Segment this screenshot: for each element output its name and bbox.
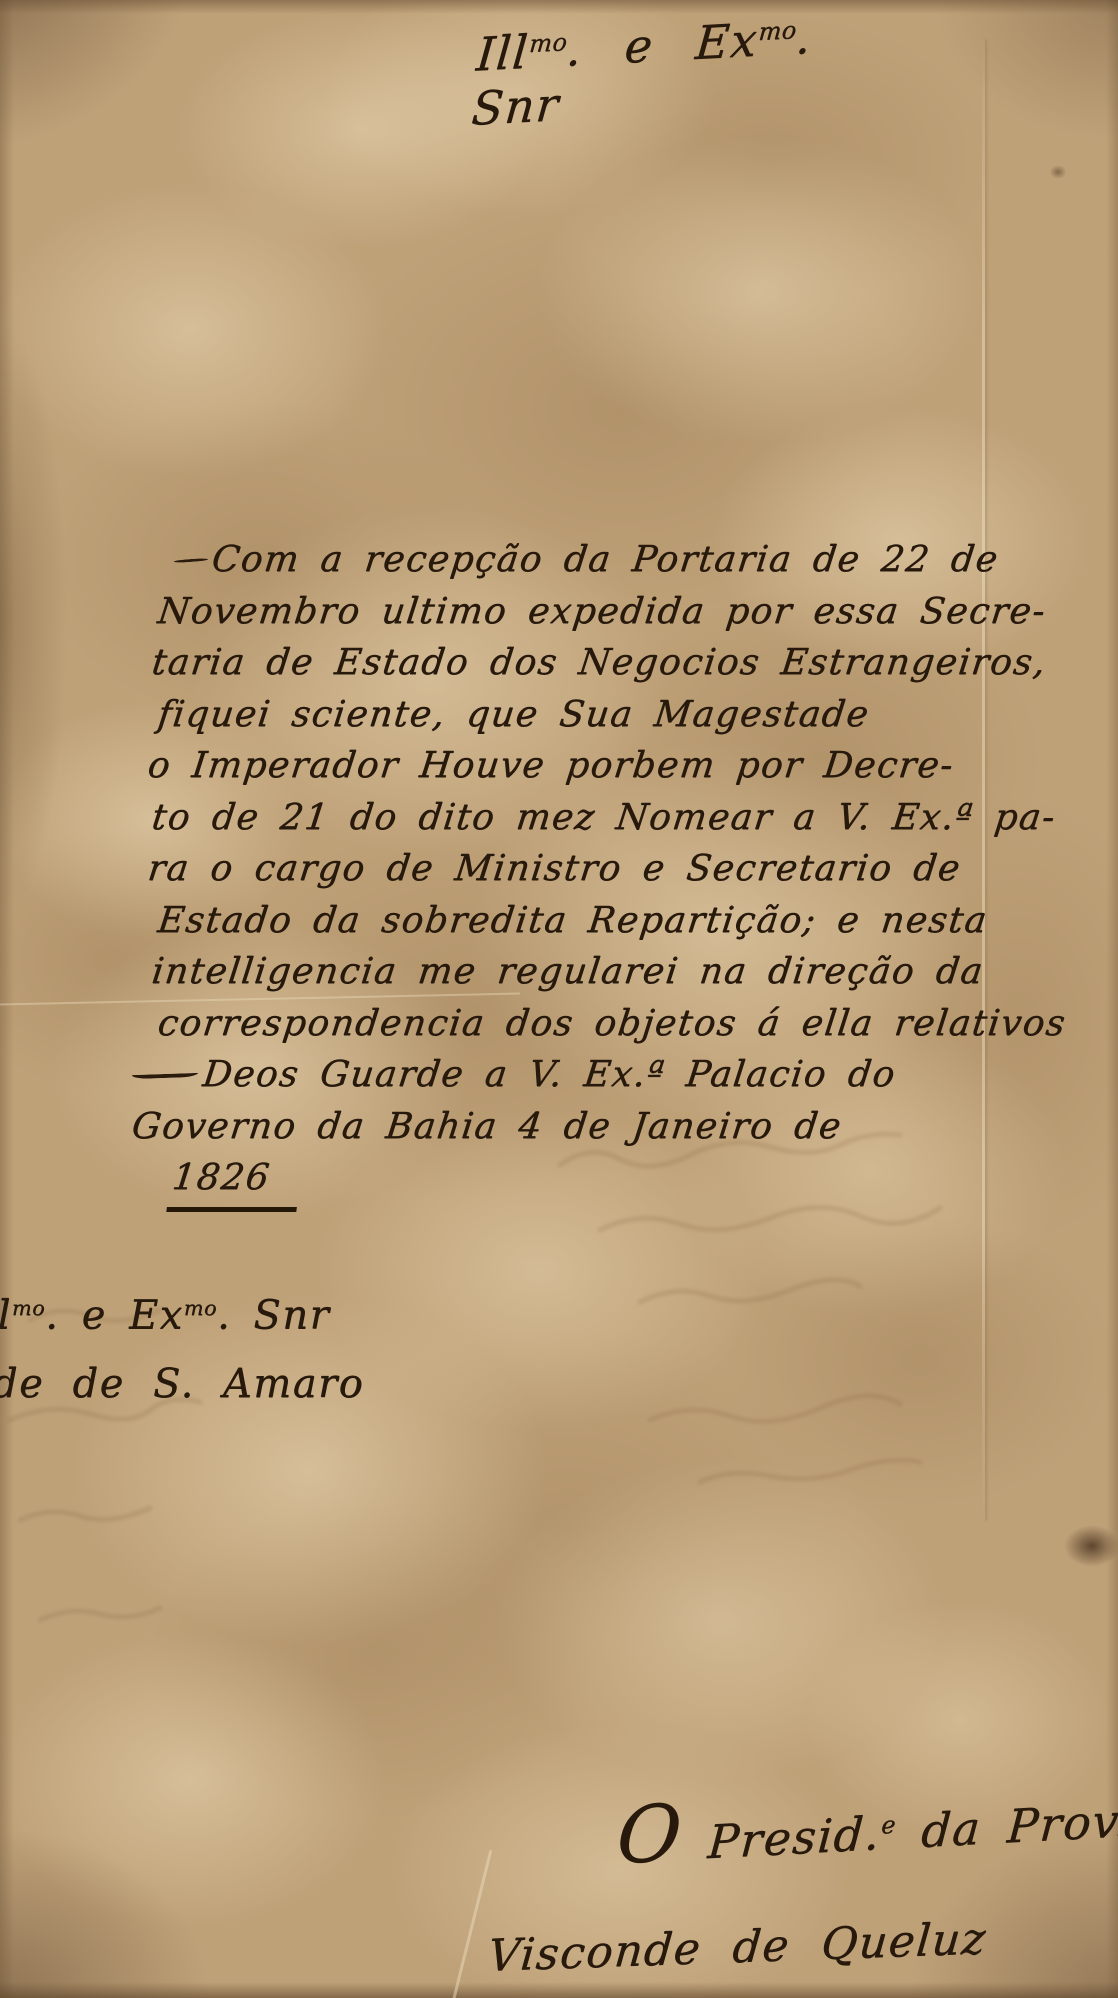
closing-line: Deos Guarde a V. Ex.ª Palacio do: [129, 1049, 1011, 1101]
salutation-text: . e Ex: [564, 12, 760, 76]
letter-line: Novembro ultimo expedida por essa Secre-: [155, 586, 1011, 638]
letter-line: o Imperador Houve porbem por Decre-: [145, 740, 1011, 792]
letter-line: intelligencia me regularei na direção da: [149, 946, 1011, 998]
letter-line: fiquei sciente, que Sua Magestade: [155, 689, 1011, 741]
addressee-honorific: Illmo. e Exmo. Snr: [0, 1276, 364, 1348]
letter-line: Com a recepção da Portaria de 22 de: [145, 534, 1011, 586]
salutation-superscript: mo: [528, 28, 568, 58]
year-underlined: 1826: [166, 1152, 303, 1212]
addressee-name-line: de de S. Amaro: [0, 1352, 364, 1416]
signature-name: Visconde de Queluz: [486, 1913, 989, 1982]
addressee-superscript: mo: [12, 1296, 45, 1320]
salutation-text: Ill: [474, 24, 531, 81]
addressee-superscript: mo: [184, 1296, 217, 1320]
letter-line: ra o cargo de Ministro e Secretario de: [145, 843, 1011, 895]
letter-line: Estado da sobredita Repartição; e nesta: [155, 895, 1011, 947]
signature-title: O Presid.e da Prov.a: [614, 1792, 1118, 1874]
date-year-line: 1826: [166, 1152, 1011, 1212]
letter-line: to de 21 do dito mez Nomear a V. Ex.ª pa…: [149, 792, 1011, 844]
letter-body: Com a recepção da Portaria de 22 de Nove…: [148, 534, 1008, 1212]
signature-text: da Prov.: [894, 1793, 1118, 1860]
addressee-block: Illmo. e Exmo. Snr de de S. Amaro: [0, 1276, 364, 1416]
closing-line: Governo da Bahia 4 de Janeiro de: [129, 1101, 1011, 1153]
letter-line: correspondencia dos objetos á ella relat…: [155, 998, 1011, 1050]
salutation-line: Illmo. e Exmo. Snr: [470, 4, 919, 136]
salutation-superscript: mo: [758, 16, 798, 46]
addressee-text: Ill: [0, 1293, 12, 1339]
manuscript-page: Illmo. e Exmo. Snr Com a recepção da Por…: [0, 0, 1118, 1998]
addressee-text: . Snr: [217, 1293, 330, 1339]
signature-text: O Presid.: [614, 1806, 882, 1874]
letter-line: taria de Estado dos Negocios Estrangeiro…: [149, 637, 1011, 689]
addressee-text: . e Ex: [45, 1293, 184, 1339]
